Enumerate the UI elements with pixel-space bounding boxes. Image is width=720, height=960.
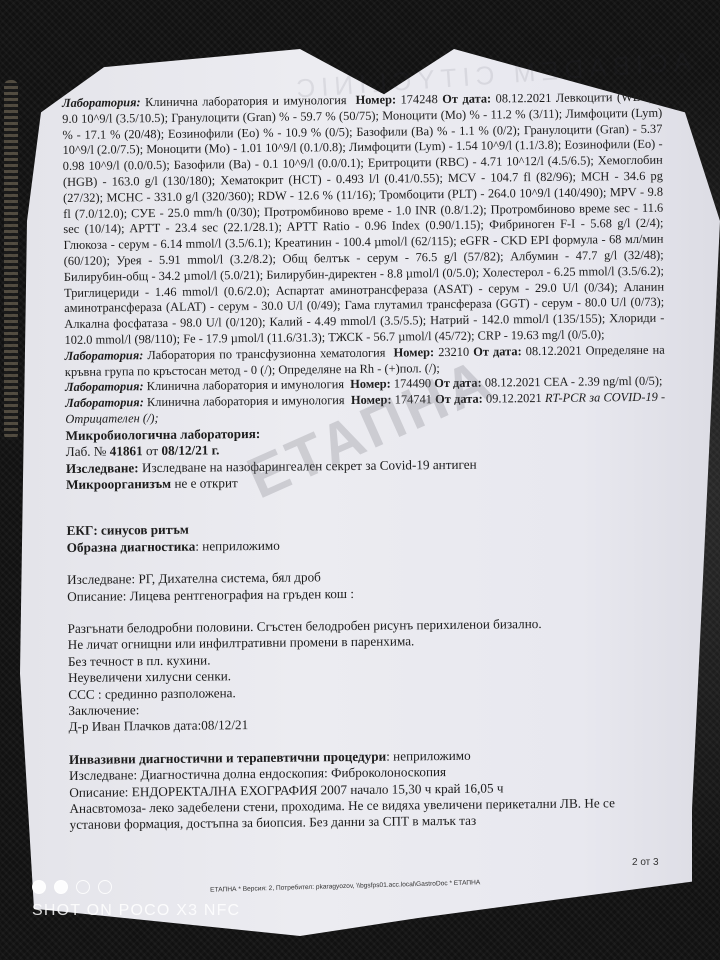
dot-icon [54, 880, 68, 894]
lab-date: 08.12.2021 [485, 375, 541, 390]
camera-watermark: SHOT ON POCO X3 NFC [32, 880, 240, 920]
organism-value: не е открит [174, 475, 238, 491]
ekg-imaging-section: ЕКГ: синусов ритъм Образна диагностика: … [66, 516, 720, 735]
invasive-procedures-section: Инвазивни диагностични и терапевтични пр… [69, 745, 720, 834]
lab-label: Лаборатория: [62, 95, 141, 110]
lab-results: CEA - 2.39 ng/ml (0/5); [544, 374, 663, 389]
lab-number: 174741 [395, 392, 432, 406]
date-label: От дата: [435, 392, 483, 406]
invasive-label: Инвазивни диагностични и терапевтични пр… [69, 748, 386, 766]
dot-icon [98, 880, 112, 894]
lab-name: Клинична лаборатория и имунология [147, 393, 345, 409]
lab-number: 23210 [438, 345, 469, 359]
lab-number: 174490 [394, 376, 431, 390]
lab-label: Лаборатория: [65, 348, 144, 363]
ekg-value: синусов ритъм [101, 522, 189, 538]
dot-icon [32, 880, 46, 894]
number-label: Номер: [350, 377, 391, 391]
page-number: 2 от 3 [632, 857, 659, 868]
lab-number: 174248 [400, 92, 437, 106]
lab-results: Левкоцити (WBC) - 9.0 10^9/l (3.5/10.5);… [62, 90, 664, 347]
imaging-label: Образна диагностика [67, 538, 196, 554]
lab-name: Лаборатория по трансфузионна хематология [147, 345, 385, 361]
lab-date: 08.12.2021 [496, 91, 552, 106]
lab-name: Клинична лаборатория и имунология [145, 93, 347, 109]
number-label: Номер: [393, 345, 434, 359]
camera-dots-icon [32, 880, 240, 894]
lab-date: 08/12/21 г. [161, 443, 219, 459]
lab-report-clinical-174248: Лаборатория: Клинична лаборатория и имун… [62, 90, 665, 349]
imaging-findings: Разгънати белодробни половини. Сгъстен б… [67, 614, 720, 736]
imaging-value: : неприложимо [195, 538, 280, 554]
ekg-label: ЕКГ: [66, 523, 97, 538]
document-content: Лаборатория: Клинична лаборатория и имун… [62, 89, 720, 834]
microbiology-section: Микробиологична лаборатория: Лаб. № 4186… [65, 421, 720, 494]
lab-label: Лаборатория: [65, 380, 144, 395]
invasive-value: : неприложимо [386, 748, 471, 764]
lab-no-prefix: Лаб. № [66, 444, 107, 459]
study-label: Изследване: [66, 460, 139, 476]
date-label: От дата: [442, 92, 491, 107]
date-label: От дата: [473, 344, 522, 359]
shot-on-label: SHOT ON POCO X3 NFC [32, 902, 240, 920]
from-label: от [146, 443, 158, 458]
study-value: Изследване на назофарингеален секрет за … [142, 456, 477, 475]
lab-no: 41861 [110, 443, 143, 458]
date-label: От дата: [434, 376, 482, 390]
lab-date: 08.12.2021 [526, 343, 582, 358]
dot-icon [76, 880, 90, 894]
number-label: Номер: [355, 93, 396, 107]
number-label: Номер: [351, 393, 392, 407]
lab-label: Лаборатория: [65, 395, 144, 410]
lab-date: 09.12.2021 [486, 391, 542, 406]
background-zipper [4, 80, 18, 440]
organism-label: Микроорганизъм [66, 476, 171, 492]
lab-name: Клинична лаборатория и имунология [147, 377, 344, 393]
